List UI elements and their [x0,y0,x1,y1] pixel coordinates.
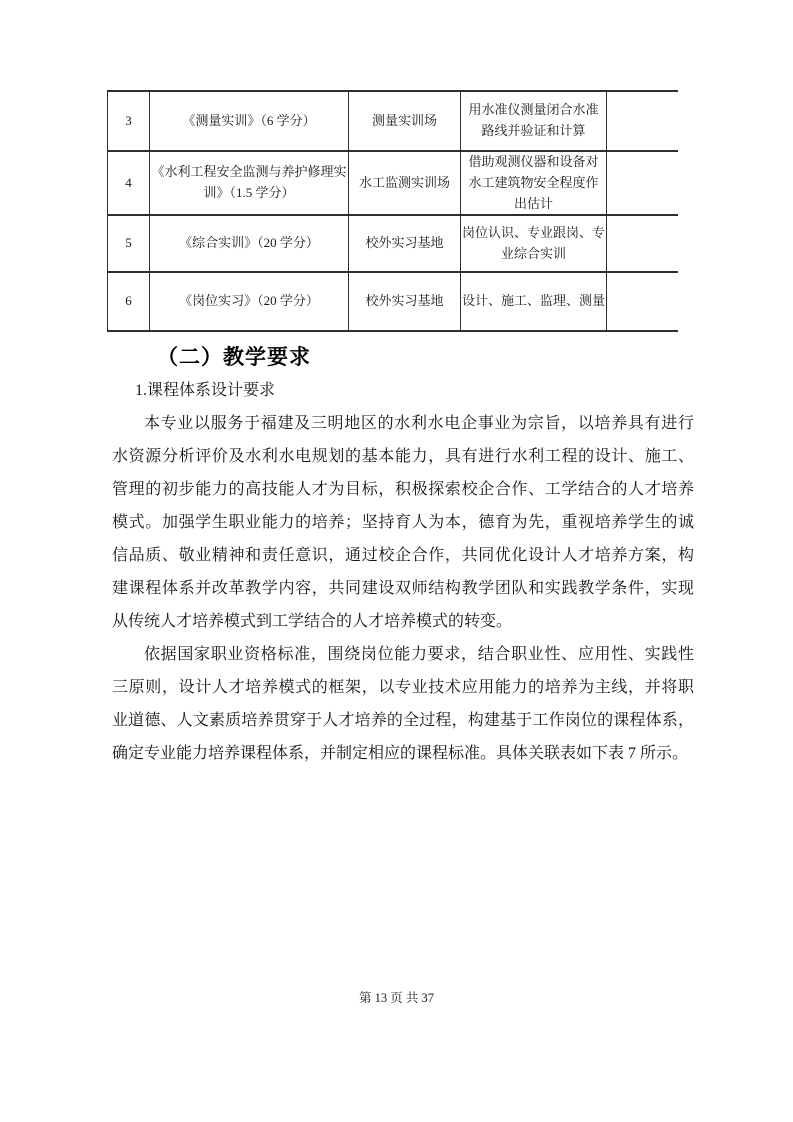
paragraph-line: 建课程体系并改革教学内容，共同建设双师结构教学团队和实践教学条件，实现 [112,572,694,605]
paragraph-line: 模式。加强学生职业能力的培养；坚持育人为本，德育为先，重视培养学生的诚 [112,506,694,539]
paragraph-line: 管理的初步能力的高技能人才为目标，积极探索校企合作、工学结合的人才培养 [112,473,694,506]
paragraph-line: 依据国家职业资格标准，围绕岗位能力要求，结合职业性、应用性、实践性 [112,638,694,671]
table-row: 5 《综合实训》（20 学分） 校外实习基地 岗位认识、专业跟岗、专 业综合实训 [108,215,678,272]
cell-course-name: 《综合实训》（20 学分） [150,215,349,272]
cell-note [607,151,678,215]
cell-index: 6 [108,272,150,331]
cell-course-name: 《岗位实习》（20 学分） [150,272,349,331]
cell-training-place: 校外实习基地 [349,215,461,272]
paragraph-line: 确定专业能力培养课程体系，并制定相应的课程标准。具体关联表如下表 7 所示。 [112,737,694,770]
paragraph-line: 水资源分析评价及水利水电规划的基本能力，具有进行水利工程的设计、施工、 [112,440,694,473]
cell-note [607,91,678,151]
paragraph-line: 业道德、人文素质培养贯穿于人才培养的全过程，构建基于工作岗位的课程体系， [112,704,694,737]
cell-index: 5 [108,215,150,272]
cell-training-place: 校外实习基地 [349,272,461,331]
training-course-table: 3 《测量实训》（6 学分） 测量实训场 用水准仪测量闭合水准 路线并验证和计算… [107,90,678,332]
paragraph-line: 三原则，设计人才培养模式的框架，以专业技术应用能力的培养为主线，并将职 [112,671,694,704]
cell-training-content: 设计、施工、监理、测量 [461,272,607,331]
paragraph-line: 从传统人才培养模式到工学结合的人才培养模式的转变。 [112,605,694,638]
paragraph-line: 信品质、敬业精神和责任意识，通过校企合作，共同优化设计人才培养方案，构 [112,539,694,572]
subsection-heading: 1.课程体系设计要求 [135,377,275,400]
document-page: 3 《测量实训》（6 学分） 测量实训场 用水准仪测量闭合水准 路线并验证和计算… [0,0,793,1122]
cell-course-name: 《水利工程安全监测与养护修理实 训》（1.5 学分） [150,151,349,215]
page-footer: 第 13 页 共 37 [0,988,793,1006]
cell-index: 4 [108,151,150,215]
paragraph-line: 本专业以服务于福建及三明地区的水利水电企事业为宗旨，以培养具有进行 [112,407,694,440]
cell-course-name: 《测量实训》（6 学分） [150,91,349,151]
cell-training-content: 借助观测仪器和设备对 水工建筑物安全程度作 出估计 [461,151,607,215]
cell-note [607,215,678,272]
cell-training-content: 岗位认识、专业跟岗、专 业综合实训 [461,215,607,272]
cell-index: 3 [108,91,150,151]
cell-note [607,272,678,331]
table-row: 6 《岗位实习》（20 学分） 校外实习基地 设计、施工、监理、测量 [108,272,678,331]
cell-training-place: 水工监测实训场 [349,151,461,215]
table-row: 3 《测量实训》（6 学分） 测量实训场 用水准仪测量闭合水准 路线并验证和计算 [108,91,678,151]
cell-training-place: 测量实训场 [349,91,461,151]
body-paragraphs: 本专业以服务于福建及三明地区的水利水电企事业为宗旨，以培养具有进行 水资源分析评… [112,407,694,770]
cell-training-content: 用水准仪测量闭合水准 路线并验证和计算 [461,91,607,151]
section-heading: （二）教学要求 [157,341,311,371]
table-row: 4 《水利工程安全监测与养护修理实 训》（1.5 学分） 水工监测实训场 借助观… [108,151,678,215]
